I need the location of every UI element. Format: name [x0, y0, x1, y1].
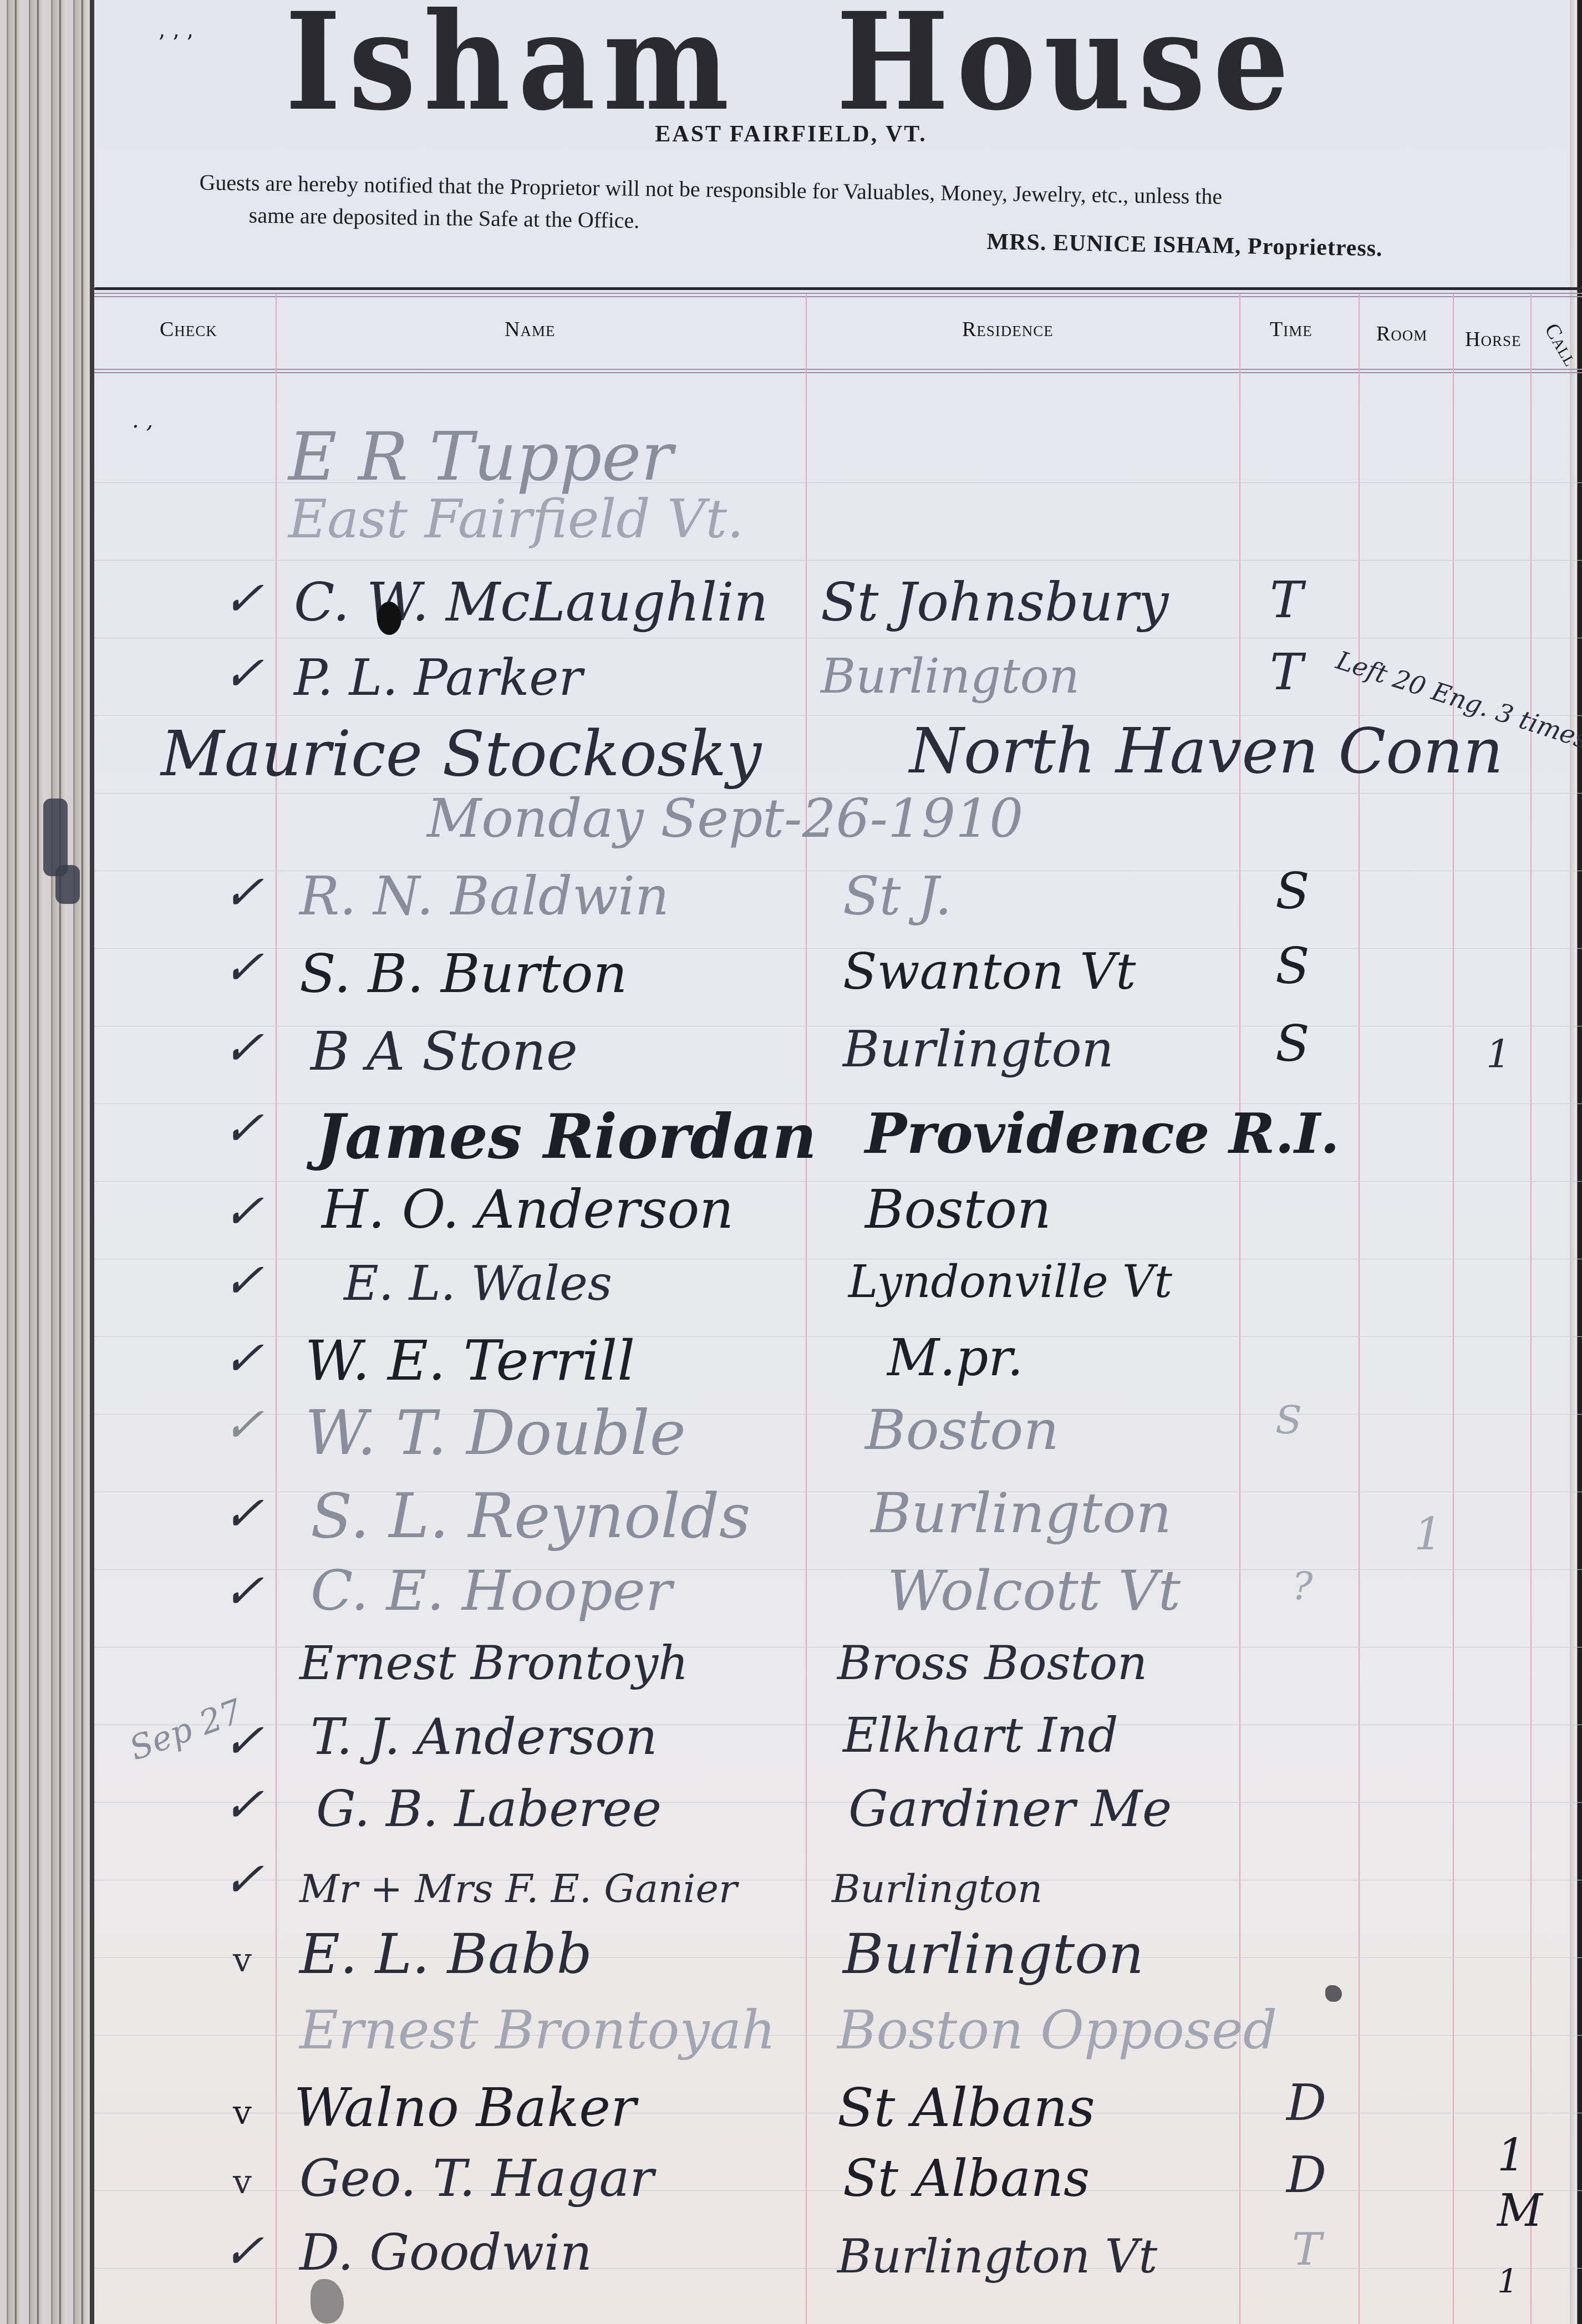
- entry-name: T. J. Anderson: [311, 1708, 658, 1766]
- entry-name: E. L. Babb: [299, 1921, 592, 1986]
- entry-name: C. W. McLaughlin: [294, 571, 768, 633]
- entry-residence: Burlington: [832, 1866, 1042, 1911]
- entry-horse: M: [1497, 2185, 1543, 2236]
- col-header-check: Check: [160, 317, 217, 342]
- row-rule: [94, 560, 1582, 561]
- entry-name: S. B. Burton: [299, 943, 627, 1005]
- entry-name: James Riordan: [316, 1101, 817, 1172]
- entry-time: T: [1292, 2224, 1321, 2275]
- entry-name: W. T. Double: [305, 1397, 686, 1468]
- entry-residence: Boston: [865, 1178, 1051, 1240]
- entry-residence: Elkhart Ind: [843, 1708, 1118, 1763]
- entry-residence: Lyndonville Vt: [848, 1256, 1172, 1308]
- entry-time: S: [1275, 937, 1310, 995]
- ink-splatter: [1325, 1985, 1342, 2002]
- row-rule: [94, 1181, 1582, 1182]
- header-top-rule: [94, 287, 1582, 290]
- entry-residence: Burlington Vt: [837, 2229, 1157, 2284]
- entry-residence: Gardiner Me: [848, 1780, 1172, 1838]
- entry-residence: Providence R.I.: [865, 1101, 1340, 1166]
- entry-time: T: [1270, 571, 1303, 629]
- entry-name: B A Stone: [311, 1020, 578, 1082]
- entry-name: Ernest Brontoyh: [299, 1636, 688, 1690]
- entry-name: D. Goodwin: [299, 2224, 592, 2282]
- hotel-location: EAST FAIRFIELD, VT.: [0, 121, 1582, 148]
- entry-name: R. N. Baldwin: [299, 865, 669, 927]
- ink-blot: [377, 602, 401, 635]
- entry-residence: Wolcott Vt: [887, 1558, 1181, 1623]
- entry-name: W. E. Terrill: [305, 1328, 635, 1393]
- entry-time: S: [1275, 1015, 1310, 1073]
- entry-residence: St J.: [843, 865, 952, 927]
- margin-note-left: . ,: [132, 408, 153, 433]
- col-header-horse: Horse: [1465, 327, 1521, 352]
- entry-residence: Burlington: [871, 1481, 1172, 1545]
- entry-horse: 1: [1497, 2129, 1525, 2181]
- entry-name: Maurice Stockosky: [161, 718, 761, 790]
- entry-name: P. L. Parker: [294, 649, 583, 707]
- entry-name: G. B. Laberee: [316, 1780, 662, 1838]
- entry-name: Geo. T. Hagar: [299, 2149, 654, 2208]
- entry-residence: Swanton Vt: [843, 943, 1136, 1001]
- entry-time: T: [1270, 643, 1303, 701]
- column-divider: [806, 294, 807, 2324]
- entry-name: East Fairfield Vt.: [288, 488, 744, 550]
- entry-time: S: [1275, 862, 1310, 921]
- check-mark-icon: v: [233, 1941, 252, 1980]
- check-mark-icon: v: [233, 2093, 252, 2132]
- stain: [55, 865, 80, 904]
- entry-residence: Burlington: [821, 649, 1080, 704]
- entry-residence: Bross Boston: [837, 1636, 1147, 1690]
- entry-horse: 1: [1486, 1031, 1511, 1077]
- entry-residence: Boston: [865, 1397, 1059, 1462]
- stain: [43, 799, 68, 876]
- entry-residence: St Albans: [837, 2077, 1095, 2139]
- entry-time: S: [1275, 1397, 1302, 1443]
- row-rule: [94, 638, 1582, 638]
- entry-name: E R Tupper: [288, 419, 673, 496]
- col-header-name: Name: [505, 317, 555, 342]
- column-divider: [1453, 294, 1454, 2324]
- entry-name: Ernest Brontoyah: [299, 1999, 776, 2061]
- entry-time: D: [1286, 2146, 1326, 2204]
- col-header-time: Time: [1270, 317, 1313, 342]
- entry-residence: St Albans: [843, 2149, 1090, 2208]
- entry-time: D: [1286, 2074, 1326, 2132]
- col-header-residence: Residence: [962, 317, 1054, 342]
- entry-residence: Boston Opposed: [837, 1999, 1277, 2061]
- entry-residence: St Johnsbury: [821, 571, 1168, 633]
- column-divider: [1359, 294, 1360, 2324]
- hotel-title: Isham House: [0, 0, 1582, 118]
- row-rule: [94, 1259, 1582, 1259]
- column-divider: [1530, 294, 1532, 2324]
- entry-name: Mr + Mrs F. E. Ganier: [299, 1866, 737, 1911]
- entry-name: E. L. Wales: [344, 1256, 612, 1311]
- entry-residence: North Haven Conn: [909, 715, 1503, 787]
- entry-horse: 1: [1414, 1508, 1442, 1560]
- date-line: Monday Sept-26-1910: [427, 787, 1023, 850]
- check-mark-icon: v: [233, 2163, 252, 2201]
- col-header-call: Call: [1539, 319, 1582, 371]
- entry-name: Walno Baker: [294, 2077, 636, 2139]
- entry-name: C. E. Hooper: [311, 1558, 672, 1623]
- entry-residence: Burlington: [843, 1020, 1114, 1079]
- entry-name: S. L. Reynolds: [311, 1481, 751, 1552]
- entry-name: H. O. Anderson: [322, 1178, 734, 1240]
- col-header-room: Room: [1376, 322, 1427, 346]
- entry-residence: M.pr.: [887, 1328, 1023, 1387]
- column-divider: [276, 294, 277, 2324]
- column-header-row: Check Name Residence Time Room Horse Cal…: [0, 311, 1582, 366]
- entry-time: ?: [1292, 1564, 1313, 1609]
- entry-horse: 1: [1497, 2262, 1518, 2301]
- entry-residence: Burlington: [843, 1921, 1144, 1986]
